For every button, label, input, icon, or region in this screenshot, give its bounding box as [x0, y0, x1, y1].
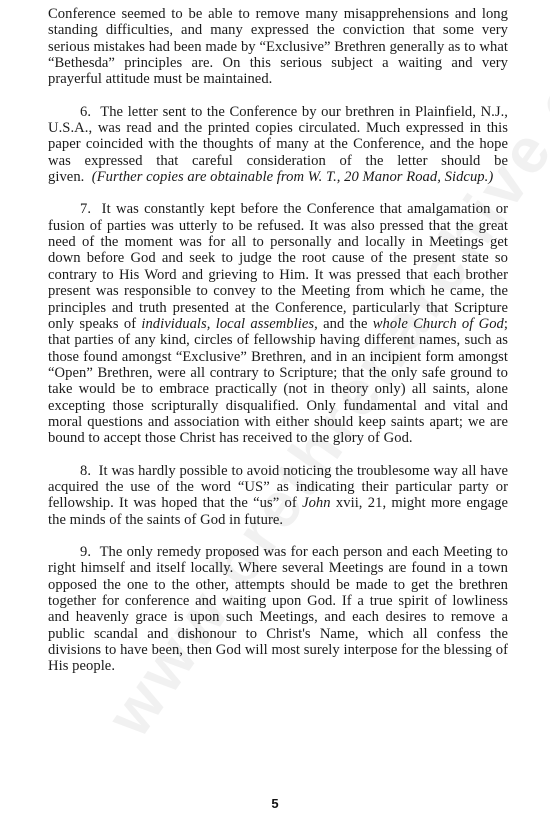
paragraph-continued: Conference seemed to be able to remove m…	[48, 6, 508, 88]
document-page: Conference seemed to be able to remove m…	[48, 6, 508, 691]
paragraph-number: 6.	[80, 104, 91, 120]
paragraph-number: 8.	[80, 463, 91, 479]
paragraph-7: 7. It was constantly kept before the Con…	[48, 201, 508, 446]
paragraph-text: , and the	[314, 316, 367, 332]
paragraph-text: The only remedy proposed was for each pe…	[48, 544, 508, 674]
paragraph-8: 8. It was hardly possible to avoid notic…	[48, 463, 508, 528]
paragraph-9: 9. The only remedy proposed was for each…	[48, 544, 508, 675]
paragraph-italic-note: (Further copies are obtainable from W. T…	[92, 169, 493, 185]
page-number: 5	[0, 796, 550, 811]
paragraph-text: Conference seemed to be able to remove m…	[48, 6, 508, 87]
paragraph-text: It was constantly kept before the Confer…	[48, 201, 508, 331]
paragraph-6: 6. The letter sent to the Conference by …	[48, 104, 508, 186]
paragraph-italic: John	[302, 495, 331, 511]
paragraph-italic: individuals, local assemblies	[141, 316, 314, 332]
paragraph-number: 9.	[80, 544, 91, 560]
paragraph-number: 7.	[80, 201, 91, 217]
paragraph-italic: whole Church of God	[373, 316, 504, 332]
paragraph-text: ; that parties of any kind, circles of f…	[48, 316, 508, 446]
